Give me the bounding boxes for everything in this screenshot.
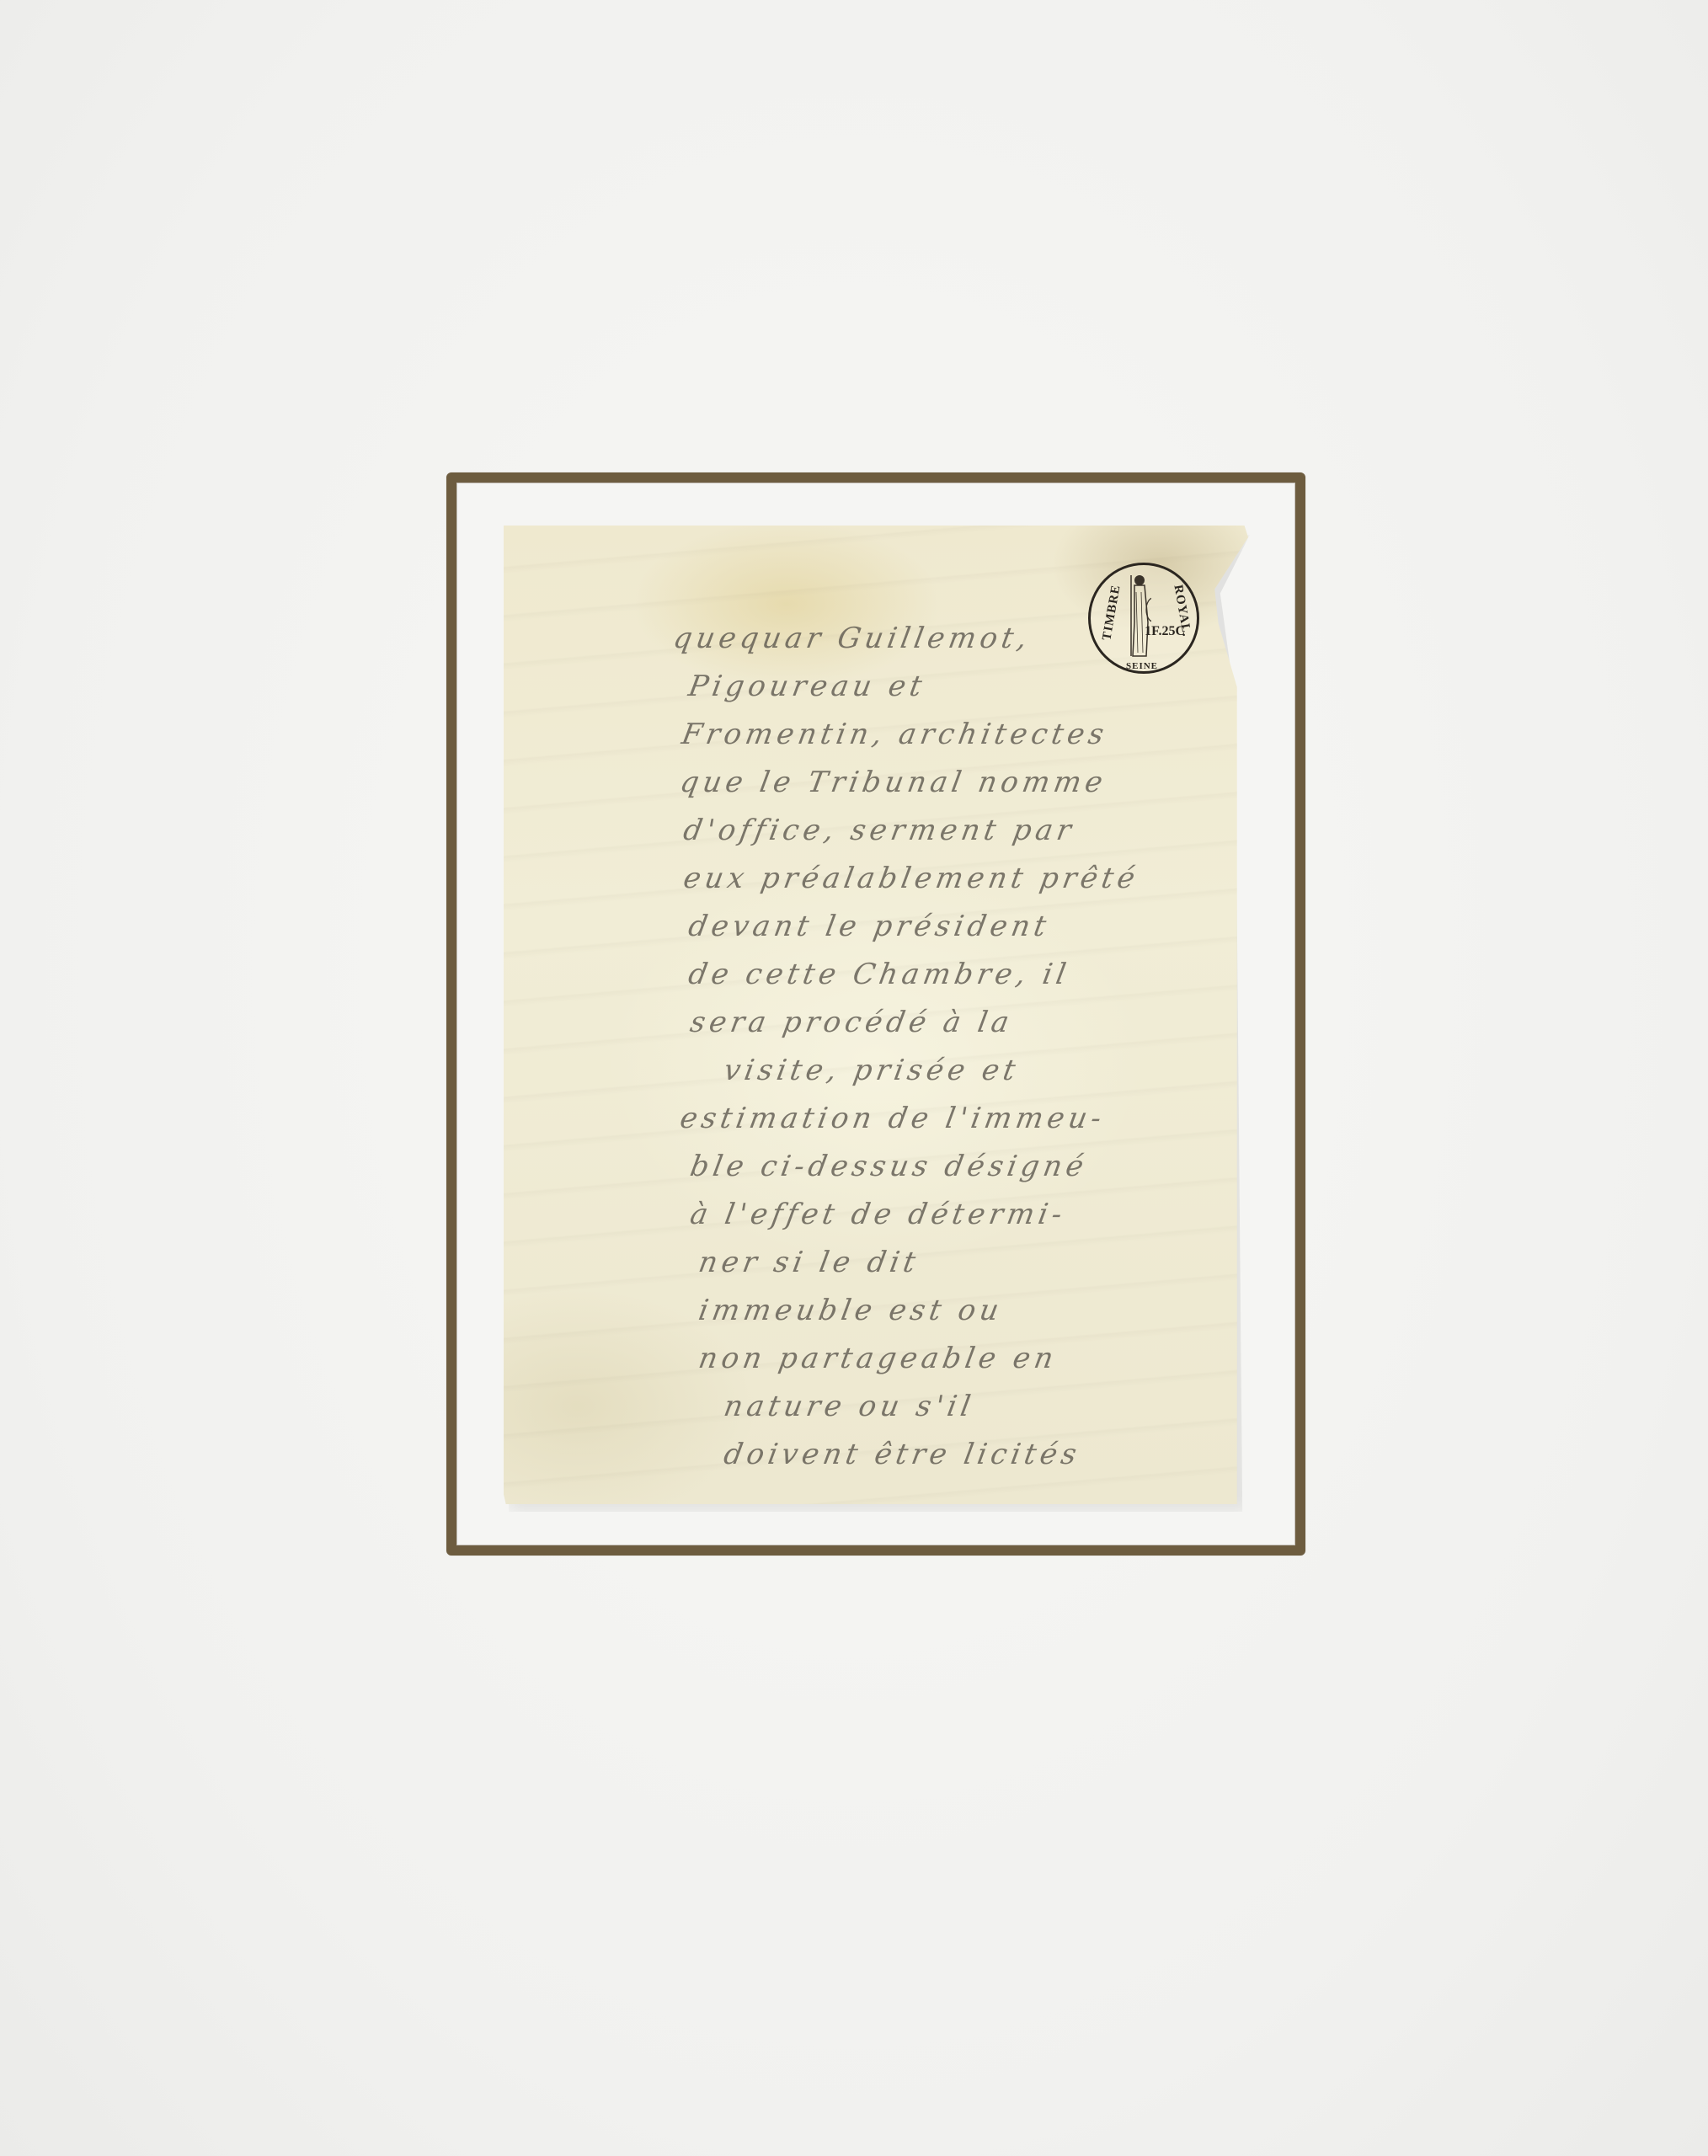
manuscript-line: non partageable en (696, 1342, 1059, 1375)
manuscript-line: eux préalablement prêté (681, 862, 1141, 895)
manuscript-line: estimation de l'immeu- (677, 1102, 1108, 1135)
manuscript-text: quequar Guillemot, Pigoureau et Fromenti… (0, 0, 1708, 2156)
stamp-left-text: TIMBRE (1100, 584, 1124, 642)
manuscript-line: devant le président (686, 910, 1053, 943)
manuscript-line: visite, prisée et (721, 1054, 1022, 1087)
manuscript-line: nature ou s'il (721, 1390, 977, 1423)
manuscript-line: Pigoureau et (686, 670, 928, 703)
manuscript-line: immeuble est ou (696, 1294, 1005, 1327)
manuscript-line: à l'effet de détermi- (687, 1198, 1068, 1231)
manuscript-line: ble ci-dessus désigné (687, 1150, 1090, 1183)
manuscript-line: d'office, serment par (681, 814, 1077, 847)
allegorical-figure-icon (1128, 572, 1151, 659)
manuscript-line: Fromentin, architectes (679, 718, 1110, 751)
manuscript-line: quequar Guillemot, (670, 622, 1033, 655)
manuscript-line: ner si le dit (696, 1246, 921, 1279)
manuscript-line: sera procédé à la (687, 1006, 1016, 1039)
manuscript-line: que le Tribunal nomme (677, 766, 1109, 799)
timbre-royal-stamp: TIMBRE ROYAL. 1F.25C SEINE (1088, 563, 1199, 674)
manuscript-line: de cette Chambre, il (686, 958, 1072, 991)
stamp-bottom-text: SEINE (1126, 661, 1158, 671)
stamp-value: 1F.25C (1145, 624, 1185, 639)
manuscript-line: doivent être licités (721, 1438, 1083, 1471)
